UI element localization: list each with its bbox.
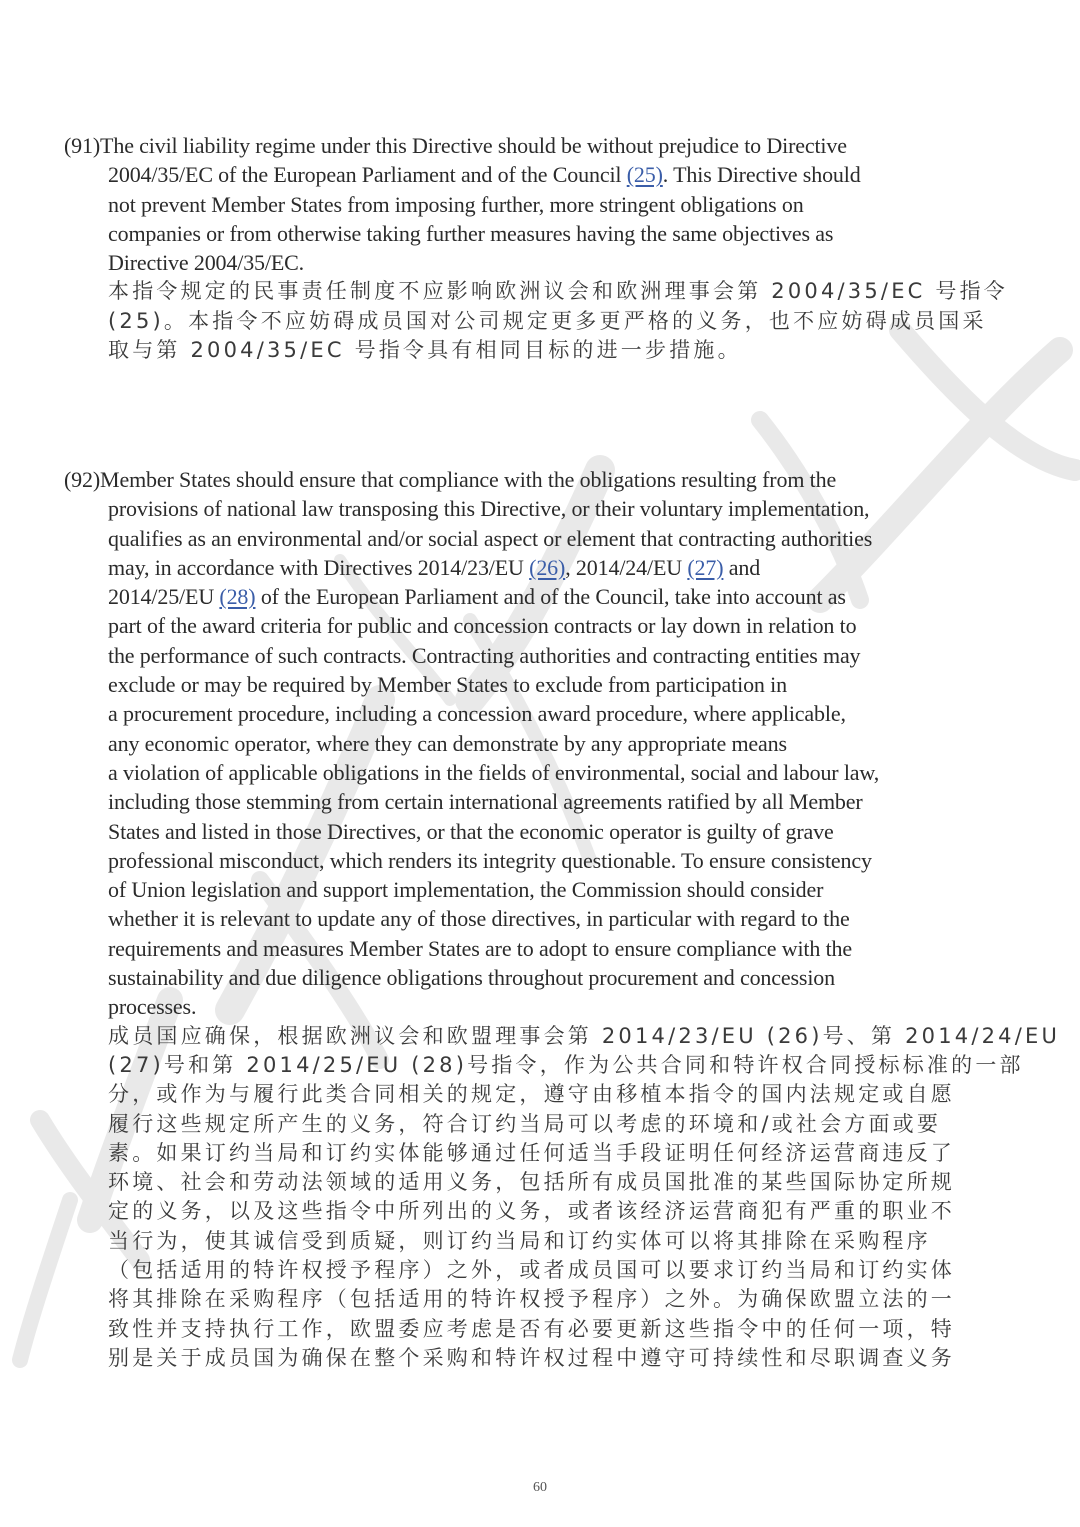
recital-92-zh-line: （包括适用的特许权授予程序）之外，或者成员国可以要求订约当局和订约实体 [64,1256,1024,1285]
recital-91: (91)The civil liability regime under thi… [64,131,1024,365]
recital-91-en-line: not prevent Member States from imposing … [64,190,1024,219]
recital-92-en-line: a violation of applicable obligations in… [64,758,1024,787]
recital-92-en-line: sustainability and due diligence obligat… [64,963,1024,992]
recital-92-zh-line: 履行这些规定所产生的义务，符合订约当局可以考虑的环境和/或社会方面或要 [64,1110,1024,1139]
recital-92-zh-line: 当行为，使其诚信受到质疑，则订约当局和订约实体可以将其排除在采购程序 [64,1227,1024,1256]
recital-92-en-line: any economic operator, where they can de… [64,729,1024,758]
recital-91-en-line: (91)The civil liability regime under thi… [64,131,1024,160]
recital-92-en-line: 2014/25/EU (28) of the European Parliame… [64,582,1024,611]
recital-92-en-line: the performance of such contracts. Contr… [64,641,1024,670]
recital-92-zh-line: 将其排除在采购程序（包括适用的特许权授予程序）之外。为确保欧盟立法的一 [64,1285,1024,1314]
recital-92-en-line: States and listed in those Directives, o… [64,817,1024,846]
recital-91-zh-line: 取与第 2004/35/EC 号指令具有相同目标的进一步措施。 [64,336,1024,365]
recital-92-en-line: exclude or may be required by Member Sta… [64,670,1024,699]
recital-92-en-line: qualifies as an environmental and/or soc… [64,524,1024,553]
recital-92-zh-line: 成员国应确保，根据欧洲议会和欧盟理事会第 2014/23/EU (26)号、第 … [64,1022,1024,1051]
recital-91-en-line: Directive 2004/35/EC. [64,248,1024,277]
recital-92-zh-line: 分，或作为与履行此类合同相关的规定，遵守由移植本指令的国内法规定或自愿 [64,1080,1024,1109]
recital-92-en-line: whether it is relevant to update any of … [64,904,1024,933]
recital-92-en-line: a procurement procedure, including a con… [64,699,1024,728]
footnote-link-27[interactable]: (27) [687,555,723,580]
footnote-link-26[interactable]: (26) [529,555,565,580]
recital-92-en-line: including those stemming from certain in… [64,787,1024,816]
recital-92-en-line: professional misconduct, which renders i… [64,846,1024,875]
recital-92-en-line: processes. [64,992,1024,1021]
recital-92-en-line: of Union legislation and support impleme… [64,875,1024,904]
recital-92-en-line: provisions of national law transposing t… [64,494,1024,523]
document-page: (91)The civil liability regime under thi… [0,0,1080,1527]
recital-92-en-line: part of the award criteria for public an… [64,611,1024,640]
recital-92-zh-line: 别是关于成员国为确保在整个采购和特许权过程中遵守可持续性和尽职调查义务 [64,1344,1024,1373]
recital-92-zh-line: 致性并支持执行工作，欧盟委应考虑是否有必要更新这些指令中的任何一项，特 [64,1315,1024,1344]
recital-91-zh-line: (25)。本指令不应妨碍成员国对公司规定更多更严格的义务，也不应妨碍成员国采 [64,307,1024,336]
recital-91-zh-line: 本指令规定的民事责任制度不应影响欧洲议会和欧洲理事会第 2004/35/EC 号… [64,277,1024,306]
recital-92-zh-line: 定的义务，以及这些指令中所列出的义务，或者该经济运营商犯有严重的职业不 [64,1197,1024,1226]
recital-92-en-line: (92)Member States should ensure that com… [64,465,1024,494]
recital-92-en-line: requirements and measures Member States … [64,934,1024,963]
recital-91-en-line: companies or from otherwise taking furth… [64,219,1024,248]
recital-92-zh-line: (27)号和第 2014/25/EU (28)号指令，作为公共合同和特许权合同授… [64,1051,1024,1080]
footnote-link-25[interactable]: (25) [627,162,663,187]
page-number: 60 [0,1480,1080,1496]
recital-92: (92)Member States should ensure that com… [64,465,1024,1373]
recital-91-en-line: 2004/35/EC of the European Parliament an… [64,160,1024,189]
recital-92-zh-line: 环境、社会和劳动法领域的适用义务，包括所有成员国批准的某些国际协定所规 [64,1168,1024,1197]
recital-92-zh-line: 素。如果订约当局和订约实体能够通过任何适当手段证明任何经济运营商违反了 [64,1139,1024,1168]
recital-92-en-line: may, in accordance with Directives 2014/… [64,553,1024,582]
footnote-link-28[interactable]: (28) [219,584,255,609]
